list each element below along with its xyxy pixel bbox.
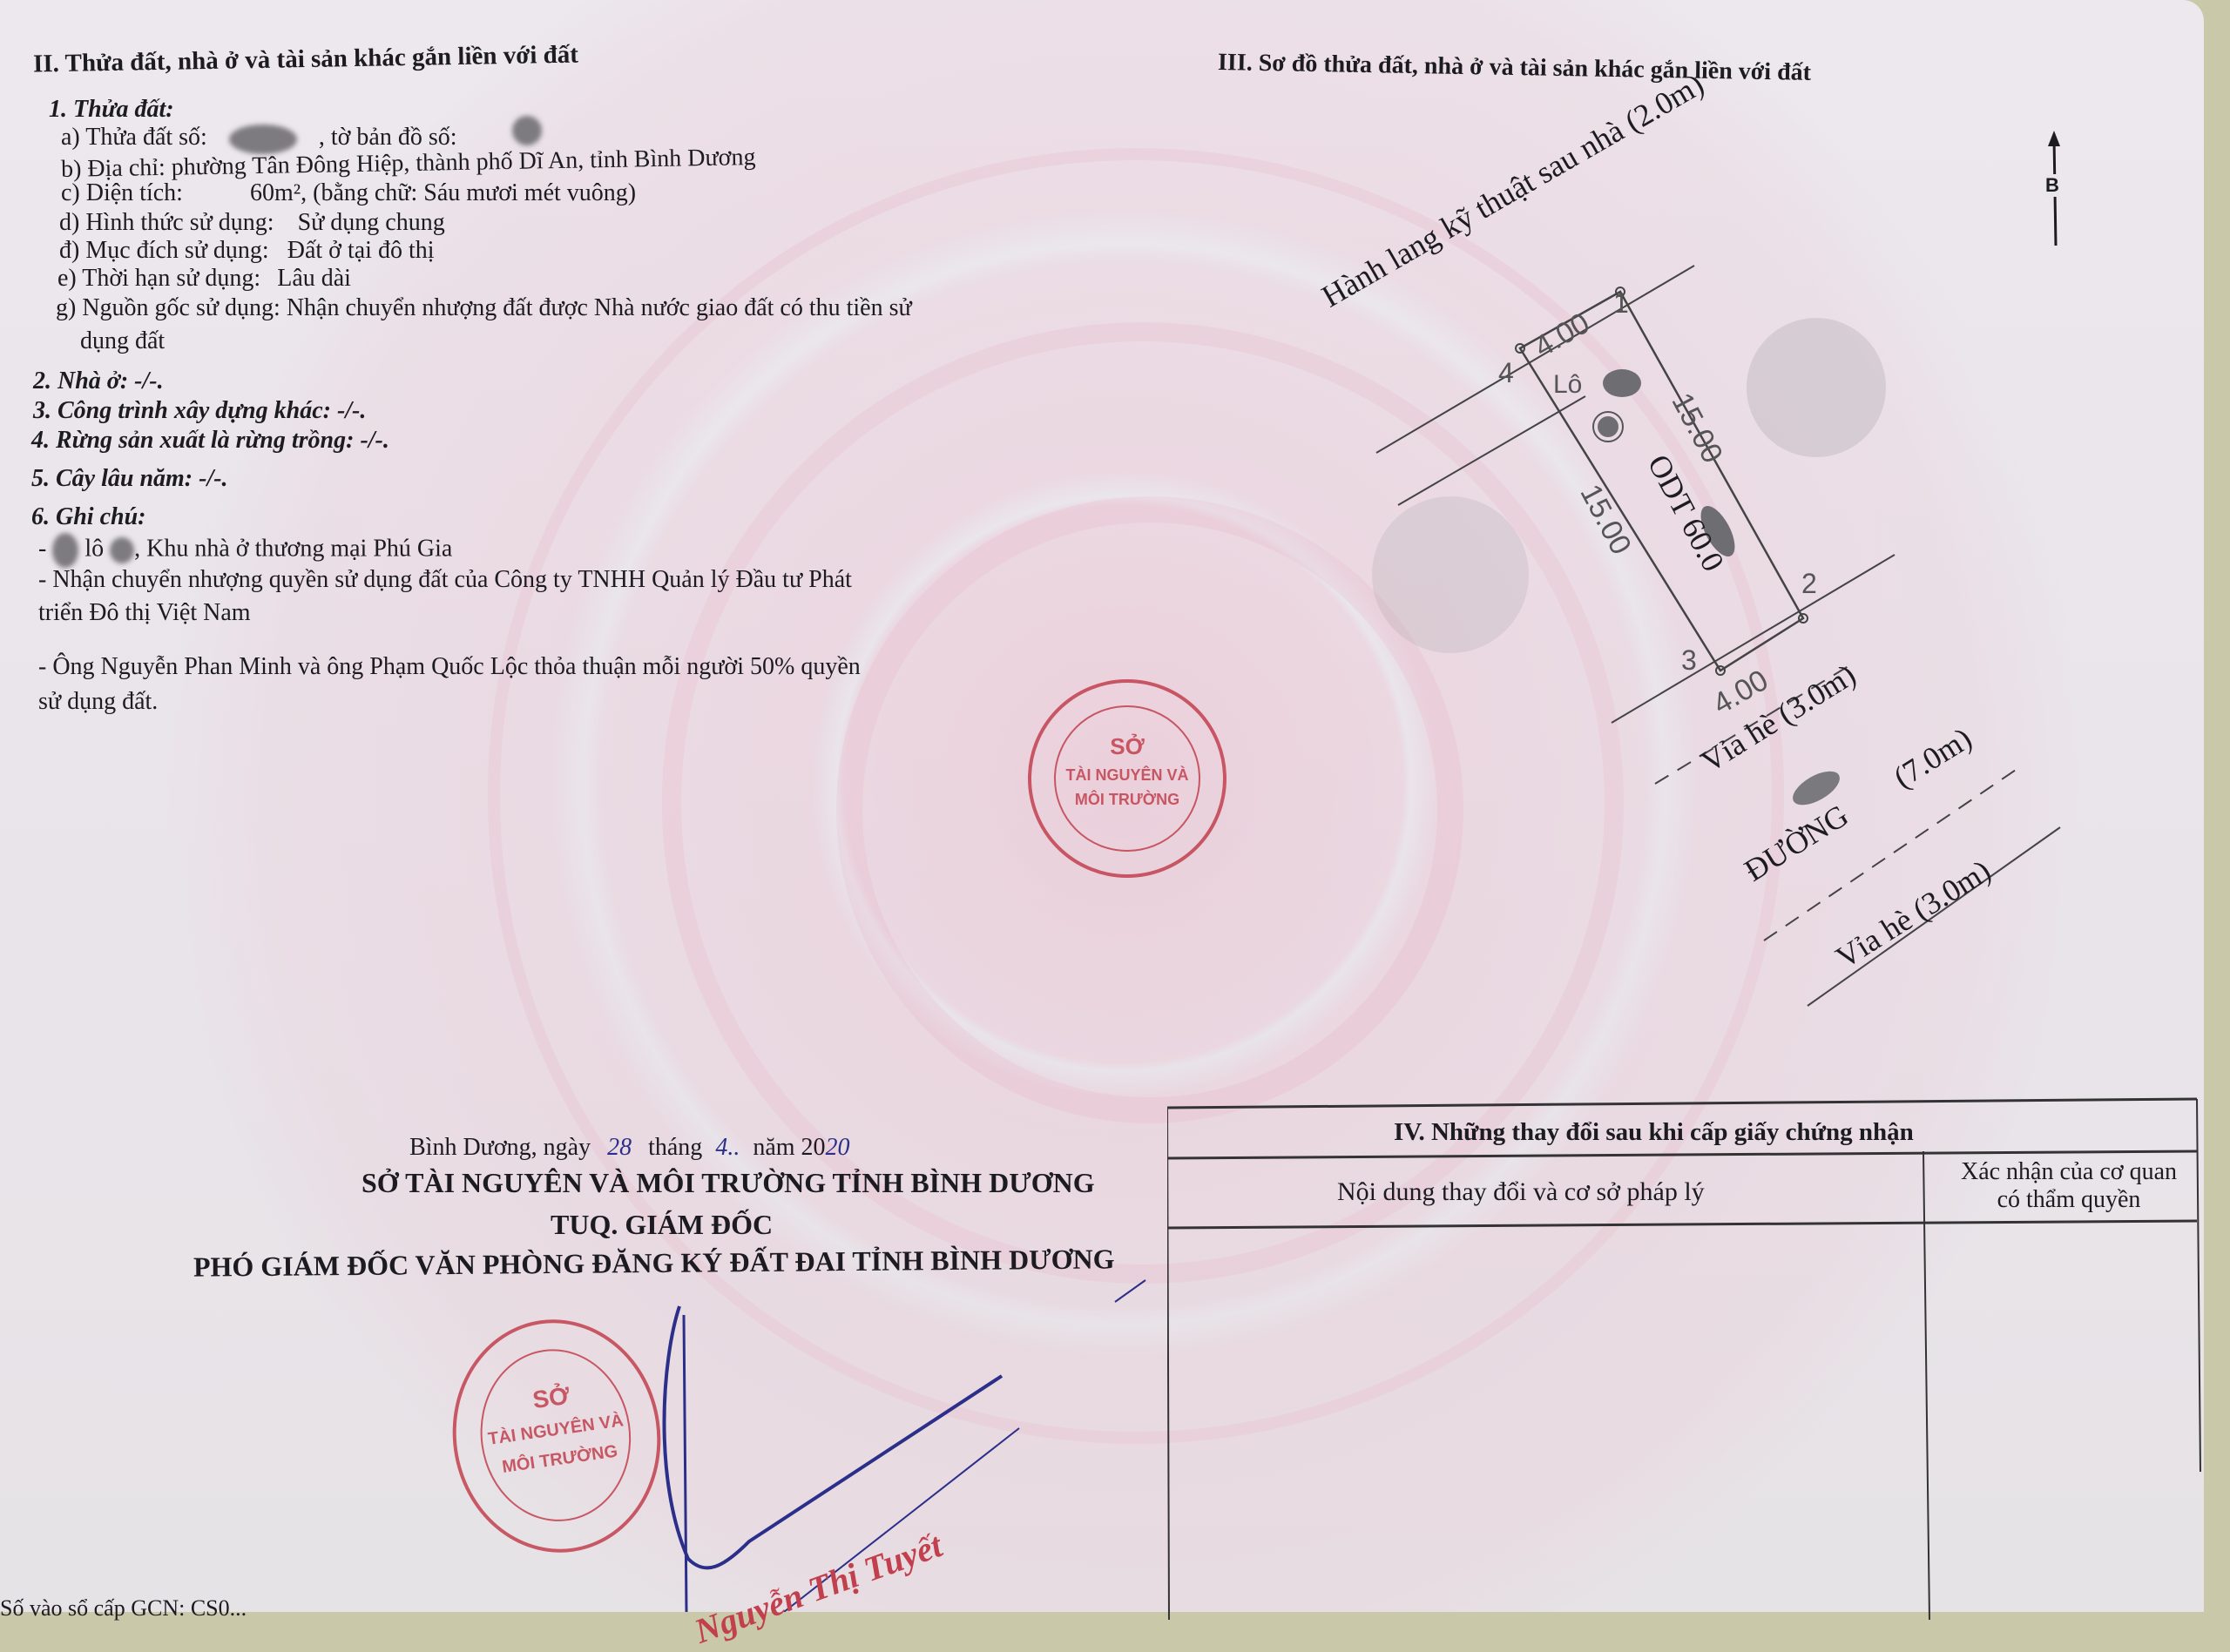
section-4-title: IV. Những thay đổi sau khi cấp giấy chứn… xyxy=(1394,1118,1914,1147)
authority-header-line-1: Xác nhận của cơ quan xyxy=(1951,1158,2186,1186)
registry-number-partial: Số vào sổ cấp GCN: CS0... xyxy=(0,1595,247,1612)
changes-table: IV. Những thay đổi sau khi cấp giấy chứn… xyxy=(1167,1097,2204,1612)
certificate-page: II. Thửa đất, nhà ở và tài sản khác gắn … xyxy=(0,0,2204,1612)
authority-confirmation-cell[interactable] xyxy=(1930,1223,2197,1606)
authority-header-line-2: có thẩm quyền xyxy=(1951,1186,2186,1214)
column-header-change-content: Nội dung thay đổi và cơ sở pháp lý xyxy=(1337,1177,1705,1207)
change-content-cell[interactable] xyxy=(1171,1230,1923,1612)
column-header-authority: Xác nhận của cơ quan có thẩm quyền xyxy=(1951,1158,2186,1214)
